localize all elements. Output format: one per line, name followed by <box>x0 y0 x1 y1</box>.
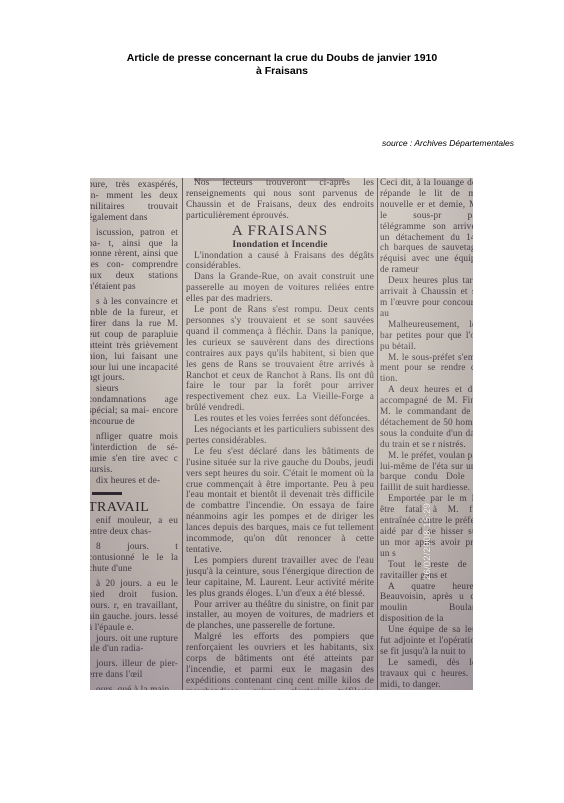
article-paragraph: Le pont de Rans s'est rompu. Deux cents … <box>186 305 374 414</box>
right-para: M. le sous-préfet s'emb ment pour se ren… <box>380 353 473 386</box>
section-heading-travail: TRAVAIL <box>90 499 178 516</box>
photo-timestamp: 26/02/2008 15:29 <box>422 503 433 580</box>
left-para: jours. oit une rupture ule d'un radia- <box>90 634 178 656</box>
left-para: iscussion, patron et pa- t, ainsi que la… <box>90 228 178 293</box>
left-para: s à les convaincre et mble de la fureur,… <box>90 297 178 384</box>
middle-column: Nos lecteurs trouveront ci-après les ren… <box>186 178 374 690</box>
article-paragraph: Les négociants et les particuliers subis… <box>186 425 374 447</box>
right-para: Ceci dit, à la louange des répande le li… <box>380 178 473 276</box>
left-para: enif mouleur, a eu entre deux chas- <box>90 516 178 538</box>
left-para: nfliger quatre mois l'interdiction de sé… <box>90 432 178 476</box>
left-para: ours. qué à la main <box>90 685 178 690</box>
article-paragraph: Malgré les efforts des pompiers que renf… <box>186 632 374 690</box>
title-line-2: à Fraisans <box>0 65 564 78</box>
left-para: à 20 jours. a eu le pied droit fusion. j… <box>90 579 178 634</box>
source-caption: source : Archives Départementales <box>382 138 514 148</box>
newspaper-photo: bure, très exaspérés, in- mment les deux… <box>90 178 473 690</box>
right-column: Ceci dit, à la louange des répande le li… <box>380 178 473 690</box>
left-column: bure, très exaspérés, in- mment les deux… <box>90 180 178 690</box>
left-para: sieurs condamnations age spécial; sa mai… <box>90 384 178 428</box>
article-headline: A FRAISANS <box>186 222 374 240</box>
left-para: dix heures et de- <box>90 476 178 487</box>
title-line-1: Article de presse concernant la crue du … <box>0 52 564 65</box>
section-separator <box>92 492 122 495</box>
intro-paragraph: Nos lecteurs trouveront ci-après les ren… <box>186 178 374 222</box>
right-para: Une équipe de sa leur fut adjointe et l'… <box>380 625 473 658</box>
right-para: Deux heures plus tard, arrivait à Chauss… <box>380 276 473 320</box>
left-para: 8 jours. t contusionné le le la chute d'… <box>90 542 178 575</box>
column-rule <box>377 178 378 690</box>
left-para: bure, très exaspérés, in- mment les deux… <box>90 180 178 224</box>
left-para: jours. illeur de pier- erre dans l'œil <box>90 659 178 681</box>
right-para: A quatre heures, Beauvoisin, après u du … <box>380 582 473 626</box>
column-rule <box>182 178 183 690</box>
article-paragraph: Le feu s'est déclaré dans les bâtiments … <box>186 447 374 556</box>
article-paragraph: Pour arriver au théâtre du sinistre, on … <box>186 600 374 633</box>
right-para: M. le préfet, voulan par lui-même de l'é… <box>380 451 473 495</box>
article-subheadline: Inondation et Incendie <box>186 240 374 251</box>
article-paragraph: L'inondation a causé à Fraisans des dégâ… <box>186 251 374 273</box>
article-paragraph: Les routes et les voies ferrées sont déf… <box>186 414 374 425</box>
right-para: Malheureusement, les bar petites pour qu… <box>380 320 473 353</box>
document-title: Article de presse concernant la crue du … <box>0 52 564 78</box>
right-para: A deux heures et der accompagné de M. Fi… <box>380 385 473 450</box>
article-paragraph: Les pompiers durent travailler avec de l… <box>186 556 374 600</box>
right-para: Le samedi, dès les travaux qui c heures.… <box>380 658 473 690</box>
article-paragraph: Dans la Grande-Rue, on avait construit u… <box>186 272 374 305</box>
